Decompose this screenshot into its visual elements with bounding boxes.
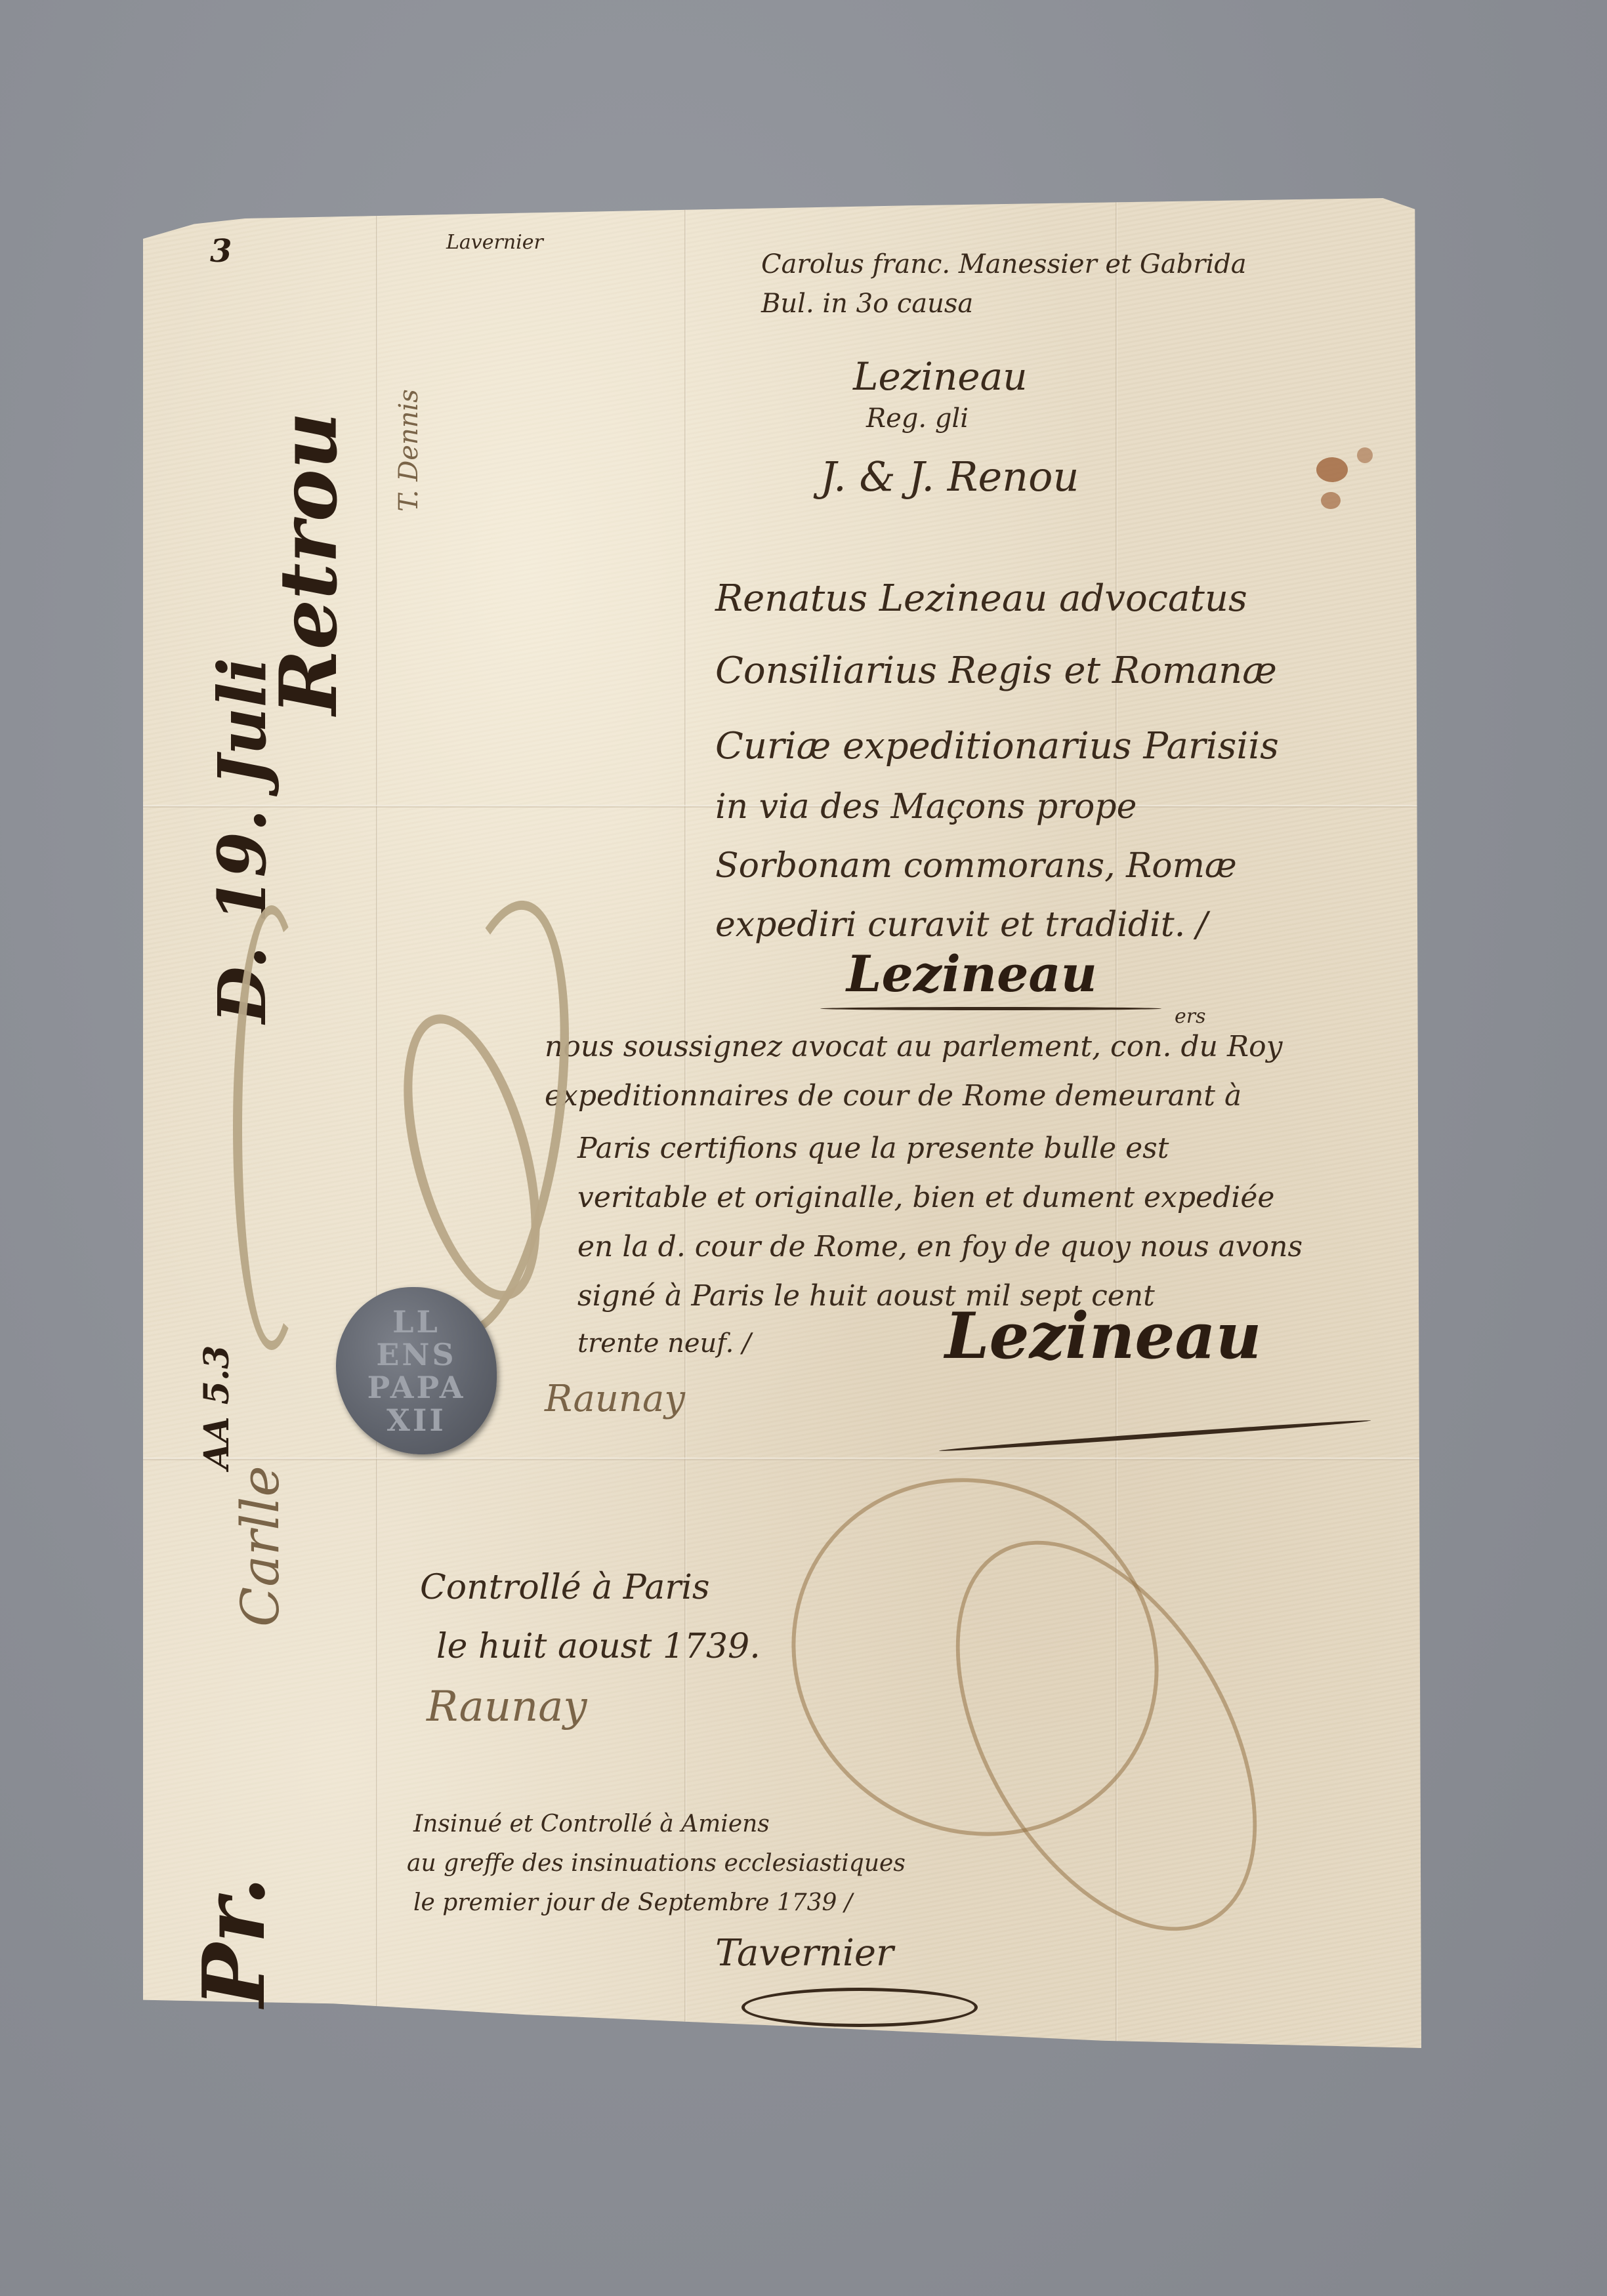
- french-line: veritable et originalle, bien et dument …: [577, 1181, 1274, 1214]
- control-amiens-line: le premier jour de Septembre 1739 /: [413, 1889, 852, 1916]
- control-amiens-signature: Tavernier: [715, 1932, 894, 1975]
- french-cosignature: Raunay: [545, 1378, 685, 1420]
- header-signature-2: J. & J. Renou: [820, 453, 1079, 501]
- latin-line: Renatus Lezineau advocatus: [715, 577, 1247, 620]
- control-paris-line: le huit aoust 1739.: [436, 1627, 761, 1666]
- french-signature: Lezineau: [945, 1299, 1261, 1373]
- header-line-2: Bul. in 3o causa: [761, 289, 973, 319]
- header-line-1: Carolus franc. Manessier et Gabrida: [761, 249, 1247, 279]
- page-number: 3: [210, 233, 232, 270]
- signature-flourish: [741, 1988, 978, 2027]
- french-line: Paris certifions que la presente bulle e…: [577, 1132, 1169, 1165]
- french-line: expeditionnaires de cour de Rome demeura…: [545, 1079, 1242, 1113]
- latin-line: in via des Maçons prope: [715, 787, 1137, 827]
- top-left-note: Lavernier: [446, 231, 543, 254]
- margin-initials: Pr.: [184, 1876, 284, 2007]
- latin-signature: Lezineau: [846, 945, 1097, 1003]
- ink-stain: [1316, 457, 1348, 482]
- control-paris-line: Controllé à Paris: [420, 1568, 710, 1607]
- french-line: en la d. cour de Rome, en foy de quoy no…: [577, 1230, 1303, 1263]
- french-line: trente neuf. /: [577, 1328, 751, 1359]
- seal-inscription-line: PAPA: [367, 1371, 466, 1404]
- ink-stain: [1321, 492, 1341, 509]
- seal-cord: [233, 905, 310, 1350]
- latin-line: Consiliarius Regis et Romanæ: [715, 649, 1277, 692]
- seal-inscription-line: LL: [392, 1305, 440, 1338]
- control-amiens-line: au greffe des insinuations ecclesiastiqu…: [407, 1850, 906, 1877]
- ink-stain: [1357, 447, 1373, 463]
- fold-line-vertical: [376, 198, 378, 2048]
- header-signature-1: Lezineau: [853, 354, 1028, 399]
- latin-line: Sorbonam commorans, Romæ: [715, 846, 1237, 886]
- fold-line-horizontal: [143, 1458, 1421, 1460]
- control-amiens-line: Insinué et Controllé à Amiens: [413, 1811, 770, 1837]
- seal-inscription-line: XII: [386, 1404, 446, 1437]
- margin-reference-mark: AA 5.3: [197, 1345, 237, 1469]
- latin-line: expediri curavit et tradidit. /: [715, 905, 1207, 945]
- fold-line-vertical: [684, 198, 686, 2048]
- vertical-faint-note: T. Dennis: [394, 389, 424, 512]
- margin-paraph: Carlle: [230, 1466, 291, 1627]
- latin-line: Curiæ expeditionarius Parisiis: [715, 725, 1279, 768]
- superscript-ers: ers: [1175, 1005, 1206, 1028]
- signature-flourish: [820, 1007, 1161, 1010]
- header-note: Reg. gli: [866, 403, 969, 434]
- french-line: nous soussignez avocat au parlement, con…: [545, 1030, 1282, 1063]
- control-paris-signature: Raunay: [427, 1683, 587, 1731]
- seal-inscription-line: ENS: [376, 1338, 456, 1371]
